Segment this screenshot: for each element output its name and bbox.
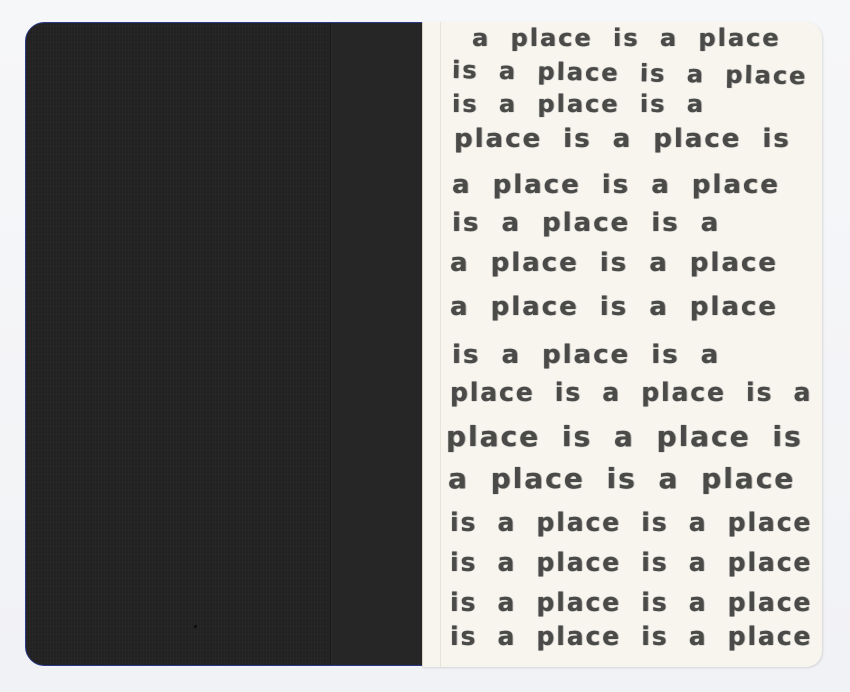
handwritten-line: a place is a place xyxy=(448,462,795,495)
handwritten-line: is a place is a place xyxy=(450,588,812,618)
cover-speck xyxy=(194,625,197,628)
handwritten-line: place is a place is xyxy=(454,124,791,154)
handwritten-line: is a place is a xyxy=(452,340,720,370)
notebook-photo: a place is a place is a place is a place… xyxy=(0,0,850,692)
notebook-cream-page: a place is a place is a place is a place… xyxy=(422,22,822,667)
cover-pocket-flap xyxy=(330,23,423,665)
handwritten-line: is a place is a place xyxy=(450,622,812,652)
handwritten-line: place is a place is a xyxy=(450,378,812,408)
handwritten-line: a place is a place xyxy=(452,170,780,200)
handwritten-line: place is a place is xyxy=(446,420,803,453)
handwritten-line: is a place is a place xyxy=(450,508,812,538)
handwritten-line: is a place is a xyxy=(452,208,720,238)
handwritten-line: is a place is a place xyxy=(452,56,808,90)
handwritten-line: is a place is a xyxy=(452,90,705,118)
handwritten-text-block: a place is a place is a place is a place… xyxy=(422,22,822,667)
notebook-black-cover xyxy=(26,23,422,665)
handwritten-line: is a place is a place xyxy=(450,548,812,578)
handwritten-line: a place is a place xyxy=(450,292,778,322)
handwritten-line: a place is a place xyxy=(450,248,778,278)
handwritten-line: a place is a place xyxy=(472,24,781,52)
